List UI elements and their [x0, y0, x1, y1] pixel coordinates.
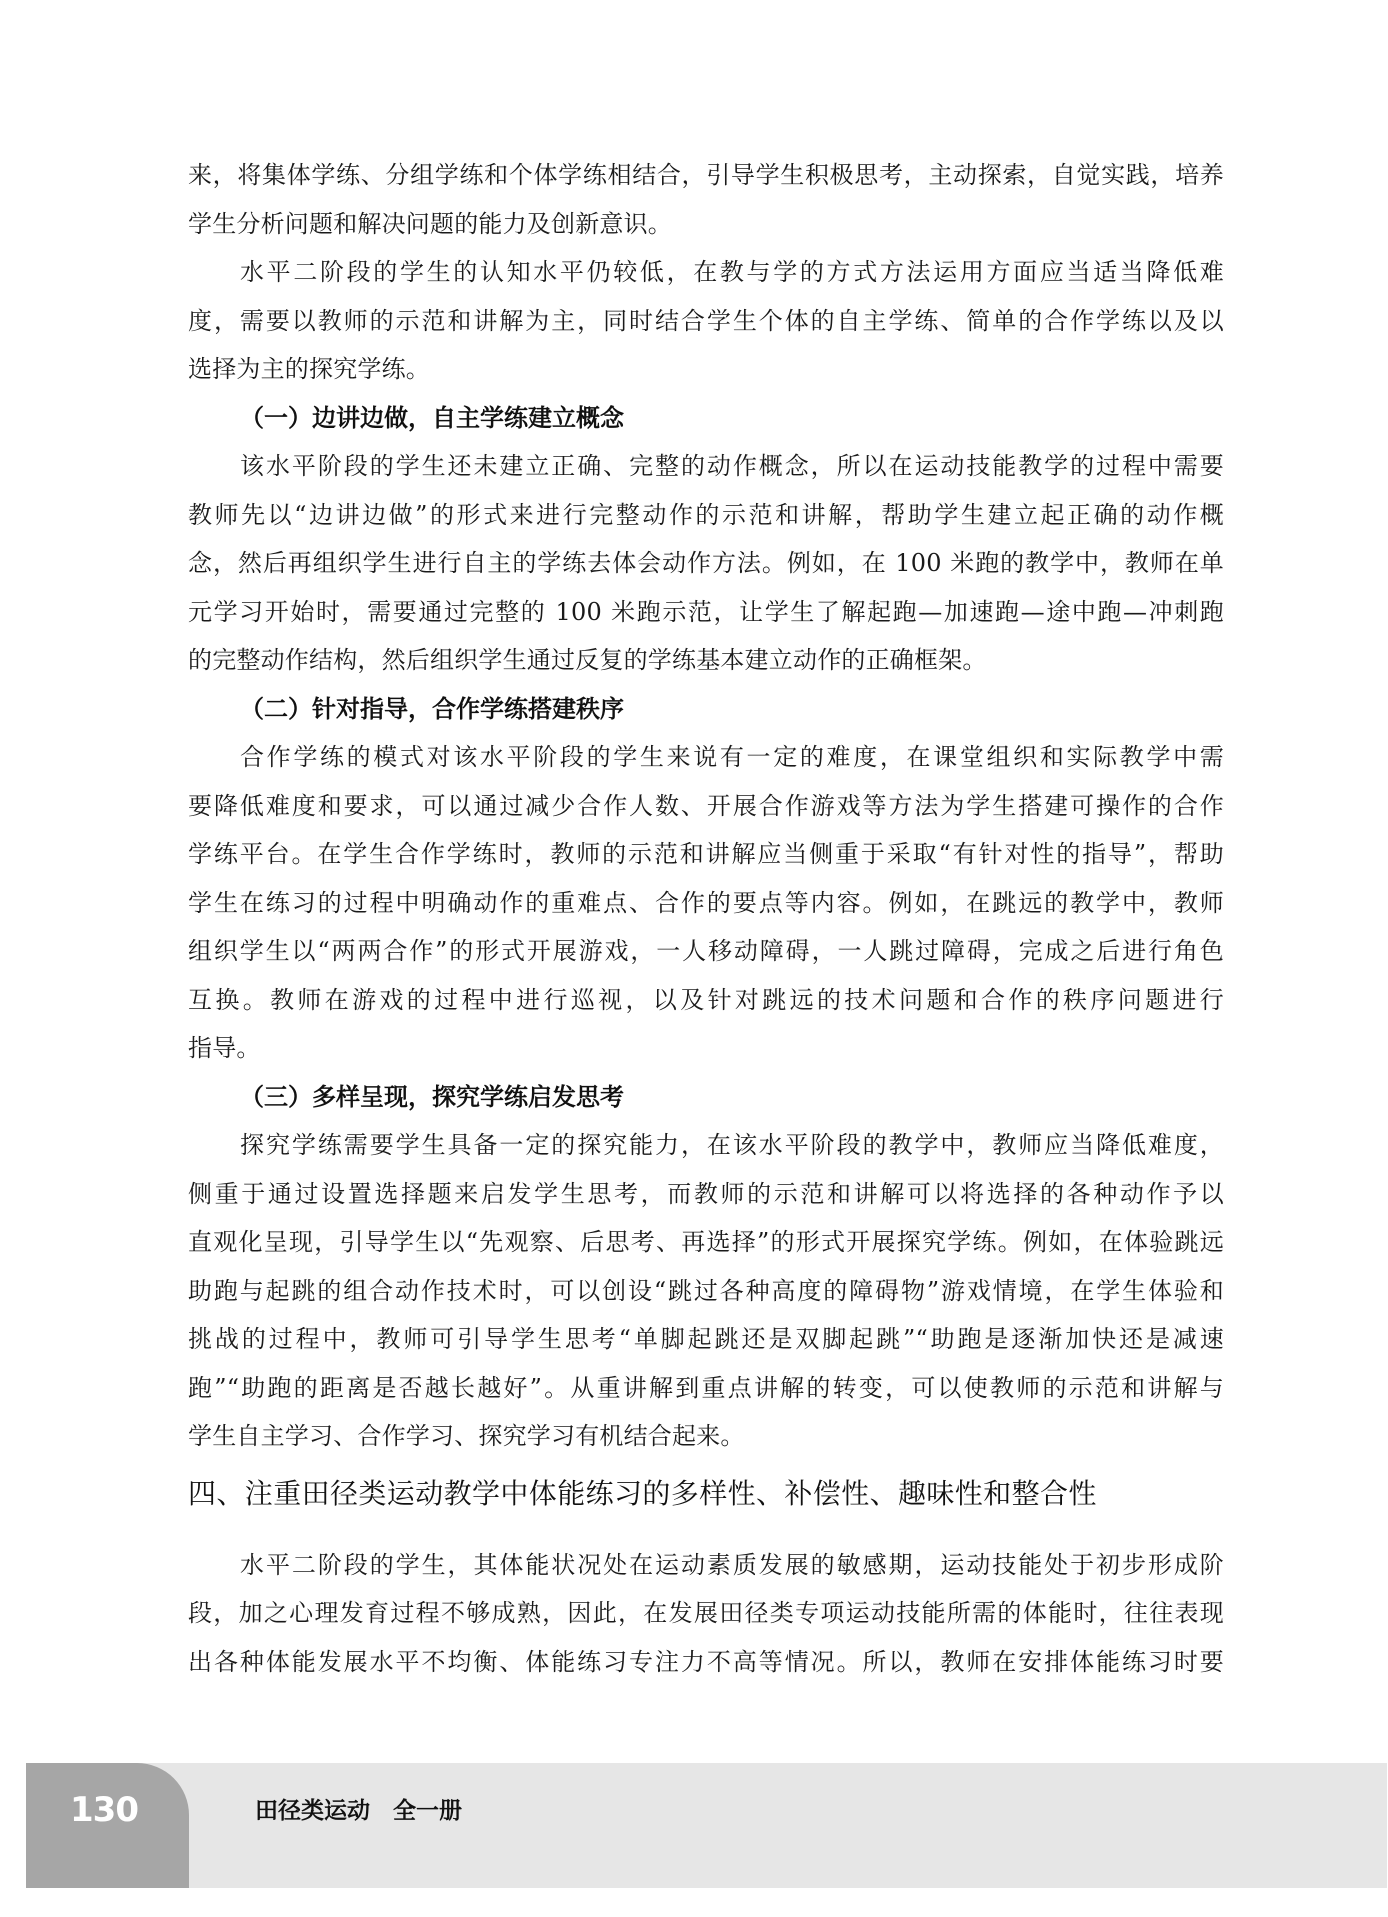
paragraph-line: 学生分析问题和解决问题的能力及创新意识。 [188, 209, 1224, 239]
book-title: 田径类运动 全一册 [255, 1797, 462, 1825]
paragraph-line: 度，需要以教师的示范和讲解为主，同时结合学生个体的自主学练、简单的合作学练以及以 [188, 306, 1224, 336]
paragraph-line: 学生在练习的过程中明确动作的重难点、合作的要点等内容。例如，在跳远的教学中，教师 [188, 888, 1224, 918]
paragraph-line: 侧重于通过设置选择题来启发学生思考，而教师的示范和讲解可以将选择的各种动作予以 [188, 1179, 1224, 1209]
textbook-page: 来，将集体学练、分组学练和个体学练相结合，引导学生积极思考，主动探索，自觉实践，… [0, 0, 1388, 1917]
paragraph-line: 组织学生以“两两合作”的形式开展游戏，一人移动障碍，一人跳过障碍，完成之后进行角… [188, 936, 1224, 966]
paragraph-line: 学练平台。在学生合作学练时，教师的示范和讲解应当侧重于采取“有针对性的指导”，帮… [188, 839, 1224, 869]
paragraph-line: 直观化呈现，引导学生以“先观察、后思考、再选择”的形式开展探究学练。例如，在体验… [188, 1227, 1224, 1257]
paragraph-line: 水平二阶段的学生，其体能状况处在运动素质发展的敏感期，运动技能处于初步形成阶 [240, 1550, 1224, 1580]
paragraph-line: 学生自主学习、合作学习、探究学习有机结合起来。 [188, 1421, 1224, 1451]
paragraph-line: 元学习开始时，需要通过完整的 100 米跑示范，让学生了解起跑—加速跑—途中跑—… [188, 597, 1224, 627]
paragraph-line: 出各种体能发展水平不均衡、体能练习专注力不高等情况。所以，教师在安排体能练习时要 [188, 1647, 1224, 1677]
paragraph-line: 互换。教师在游戏的过程中进行巡视，以及针对跳远的技术问题和合作的秩序问题进行 [188, 985, 1224, 1015]
paragraph-line: 探究学练需要学生具备一定的探究能力，在该水平阶段的教学中，教师应当降低难度， [240, 1130, 1224, 1160]
paragraph-line: 要降低难度和要求，可以通过减少合作人数、开展合作游戏等方法为学生搭建可操作的合作 [188, 791, 1224, 821]
subsection-heading-3: （三）多样呈现，探究学练启发思考 [240, 1082, 624, 1112]
subsection-heading-1: （一）边讲边做，自主学练建立概念 [240, 403, 624, 433]
paragraph-line: 挑战的过程中，教师可引导学生思考“单脚起跳还是双脚起跳”“助跑是逐渐加快还是减速 [188, 1324, 1224, 1354]
paragraph-line: 选择为主的探究学练。 [188, 354, 1224, 384]
section-heading-4: 四、注重田径类运动教学中体能练习的多样性、补偿性、趣味性和整合性 [188, 1476, 1097, 1512]
paragraph-line: 教师先以“边讲边做”的形式来进行完整动作的示范和讲解，帮助学生建立起正确的动作概 [188, 500, 1224, 530]
paragraph-line: 来，将集体学练、分组学练和个体学练相结合，引导学生积极思考，主动探索，自觉实践，… [188, 160, 1224, 190]
paragraph-line: 念，然后再组织学生进行自主的学练去体会动作方法。例如，在 100 米跑的教学中，… [188, 548, 1224, 578]
paragraph-line: 的完整动作结构，然后组织学生通过反复的学练基本建立动作的正确框架。 [188, 645, 1224, 675]
paragraph-line: 段，加之心理发育过程不够成熟，因此，在发展田径类专项运动技能所需的体能时，往往表… [188, 1598, 1224, 1628]
paragraph-line: 跑”“助跑的距离是否越长越好”。从重讲解到重点讲解的转变，可以使教师的示范和讲解… [188, 1373, 1224, 1403]
paragraph-line: 合作学练的模式对该水平阶段的学生来说有一定的难度，在课堂组织和实际教学中需 [240, 742, 1224, 772]
paragraph-line: 水平二阶段的学生的认知水平仍较低，在教与学的方式方法运用方面应当适当降低难 [240, 257, 1224, 287]
page-number: 130 [26, 1792, 182, 1828]
subsection-heading-2: （二）针对指导，合作学练搭建秩序 [240, 694, 624, 724]
paragraph-line: 助跑与起跳的组合动作技术时，可以创设“跳过各种高度的障碍物”游戏情境，在学生体验… [188, 1276, 1224, 1306]
footer-band [26, 1763, 1387, 1888]
paragraph-line: 该水平阶段的学生还未建立正确、完整的动作概念，所以在运动技能教学的过程中需要 [240, 451, 1224, 481]
paragraph-line: 指导。 [188, 1033, 1224, 1063]
